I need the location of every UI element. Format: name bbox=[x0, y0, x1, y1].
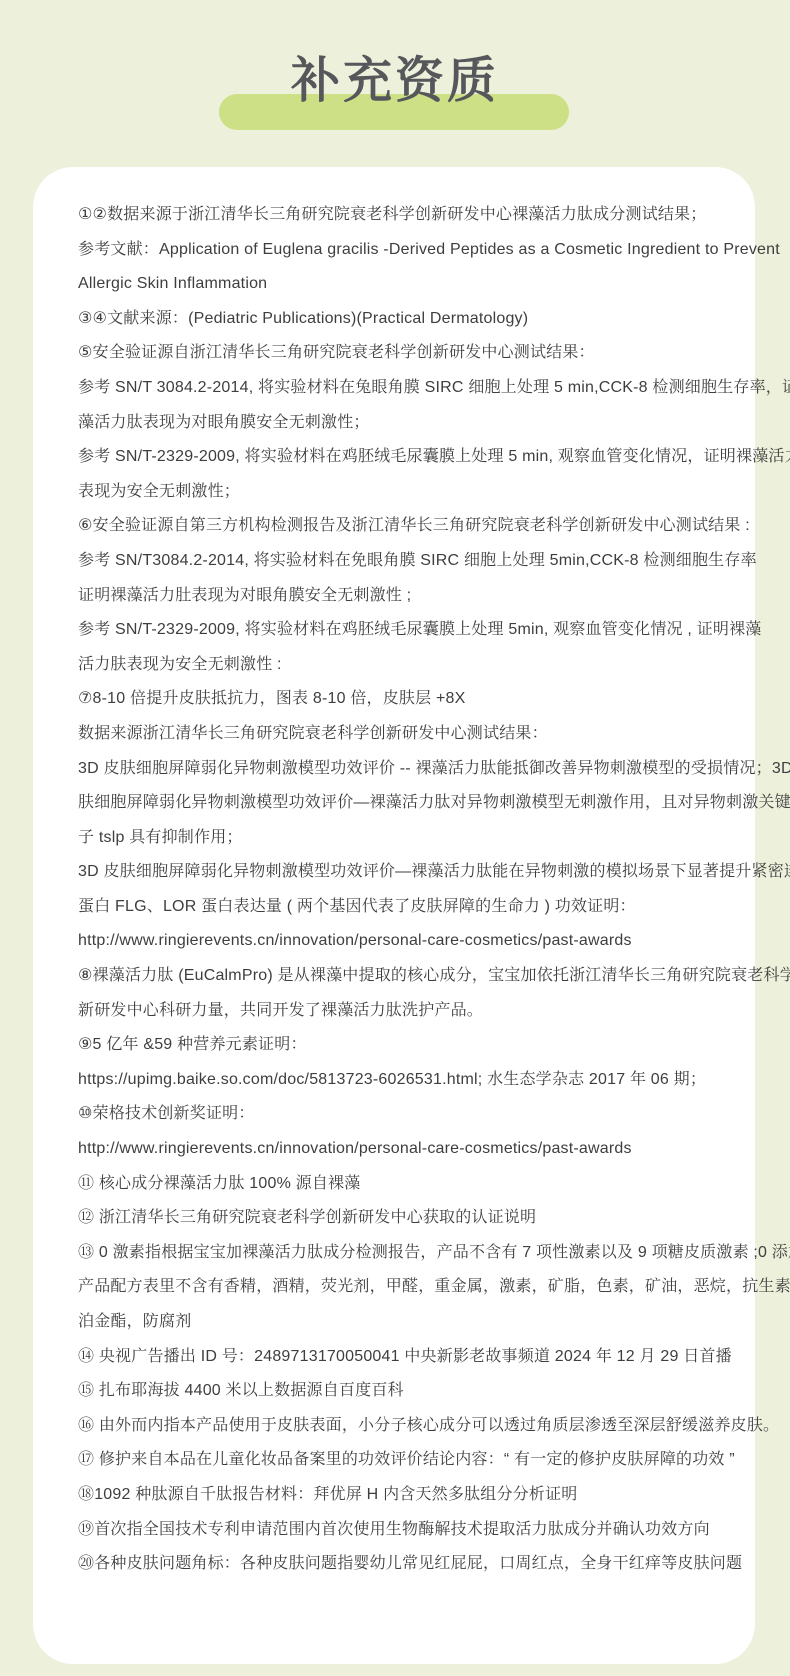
disclaimer-line: 3D 皮肤细胞屏障弱化异物刺激模型功效评价—裸藻活力肽能在异物刺激的模拟场景下显… bbox=[78, 855, 723, 890]
page-header: 补充资质 bbox=[0, 0, 790, 167]
disclaimer-line: 活力肤表现为安全无刺激性 : bbox=[78, 648, 723, 683]
disclaimer-line: ⑤安全验证源自浙江清华长三角研究院衰老科学创新研发中心测试结果： bbox=[78, 336, 723, 371]
disclaimer-line: 参考 SN/T3084.2-2014, 将实验材料在免眼角膜 SIRC 细胞上处… bbox=[78, 544, 723, 579]
disclaimer-line: ⑧裸藻活力肽 (EuCalmPro) 是从裸藻中提取的核心成分，宝宝加依托浙江清… bbox=[78, 959, 723, 994]
disclaimer-line: 表现为安全无刺激性； bbox=[78, 475, 723, 510]
disclaimer-card: ①②数据来源于浙江清华长三角研究院衰老科学创新研发中心裸藻活力肽成分测试结果；参… bbox=[33, 167, 755, 1664]
disclaimer-line: 子 tslp 具有抑制作用； bbox=[78, 821, 723, 856]
disclaimer-line: ⑥安全验证源自第三方机构检测报告及浙江清华长三角研究院衰老科学创新研发中心测试结… bbox=[78, 509, 723, 544]
disclaimer-line: 藻活力肽表现为对眼角膜安全无刺激性； bbox=[78, 406, 723, 441]
disclaimer-line: ⑰ 修护来自本品在儿童化妆品备案里的功效评价结论内容：“ 有一定的修护皮肤屏障的… bbox=[78, 1443, 723, 1478]
disclaimer-line: http://www.ringierevents.cn/innovation/p… bbox=[78, 1132, 723, 1167]
disclaimer-line: ⑲首次指全国技术专利申请范围内首次使用生物酶解技术提取活力肽成分并确认功效方向 bbox=[78, 1513, 723, 1548]
disclaimer-line: ⑨5 亿年 &59 种营养元素证明： bbox=[78, 1028, 723, 1063]
disclaimer-line: ③④文献来源：(Pediatric Publications)(Practica… bbox=[78, 302, 723, 337]
disclaimer-line: ⑭ 央视广告播出 ID 号：2489713170050041 中央新影老故事频道… bbox=[78, 1340, 723, 1375]
disclaimer-line: ⑳各种皮肤问题角标：各种皮肤问题指婴幼儿常见红屁屁，口周红点，全身干红痒等皮肤问… bbox=[78, 1547, 723, 1582]
disclaimer-line: 数据来源浙江清华长三角研究院衰老科学创新研发中心测试结果： bbox=[78, 717, 723, 752]
disclaimer-line: 产品配方表里不含有香精，酒精，荧光剂，甲醛，重金属，激素，矿脂，色素，矿油，恶烷… bbox=[78, 1270, 723, 1305]
disclaimer-lines: ①②数据来源于浙江清华长三角研究院衰老科学创新研发中心裸藻活力肽成分测试结果；参… bbox=[78, 198, 723, 1582]
disclaimer-line: ⑮ 扎布耶海拔 4400 米以上数据源自百度百科 bbox=[78, 1374, 723, 1409]
disclaimer-line: ⑫ 浙江清华长三角研究院衰老科学创新研发中心获取的认证说明 bbox=[78, 1201, 723, 1236]
page-title: 补充资质 bbox=[0, 52, 790, 111]
disclaimer-line: 参考 SN/T-2329-2009, 将实验材料在鸡胚绒毛尿囊膜上处理 5 mi… bbox=[78, 440, 723, 475]
disclaimer-line: 蛋白 FLG、LOR 蛋白表达量 ( 两个基因代表了皮肤屏障的生命力 ) 功效证… bbox=[78, 890, 723, 925]
disclaimer-line: ⑦8-10 倍提升皮肤抵抗力，图表 8-10 倍，皮肤层 +8X bbox=[78, 682, 723, 717]
disclaimer-line: 证明裸藻活力肚表现为对眼角膜安全无刺激性 ; bbox=[78, 579, 723, 614]
disclaimer-line: Allergic Skin Inflammation bbox=[78, 267, 723, 302]
disclaimer-line: http://www.ringierevents.cn/innovation/p… bbox=[78, 924, 723, 959]
disclaimer-line: https://upimg.baike.so.com/doc/5813723-6… bbox=[78, 1063, 723, 1098]
disclaimer-line: ⑩荣格技术创新奖证明： bbox=[78, 1097, 723, 1132]
disclaimer-line: 泊金酯，防腐剂 bbox=[78, 1305, 723, 1340]
disclaimer-line: ①②数据来源于浙江清华长三角研究院衰老科学创新研发中心裸藻活力肽成分测试结果； bbox=[78, 198, 723, 233]
disclaimer-line: 新研发中心科研力量，共同开发了裸藻活力肽洗护产品。 bbox=[78, 994, 723, 1029]
disclaimer-line: 参考 SN/T-2329-2009, 将实验材料在鸡胚绒毛尿囊膜上处理 5min… bbox=[78, 613, 723, 648]
disclaimer-line: ⑯ 由外而内指本产品使用于皮肤表面，小分子核心成分可以透过角质层渗透至深层舒缓滋… bbox=[78, 1409, 723, 1444]
disclaimer-line: 参考文献：Application of Euglena gracilis -De… bbox=[78, 233, 723, 268]
disclaimer-line: 3D 皮肤细胞屏障弱化异物刺激模型功效评价 -- 裸藻活力肽能抵御改善异物刺激模… bbox=[78, 752, 723, 787]
disclaimer-line: ⑬ 0 激素指根据宝宝加裸藻活力肽成分检测报告，产品不含有 7 项性激素以及 9… bbox=[78, 1236, 723, 1271]
disclaimer-line: 肤细胞屏障弱化异物刺激模型功效评价—裸藻活力肽对异物刺激模型无刺激作用，且对异物… bbox=[78, 786, 723, 821]
disclaimer-line: ⑱1092 种肽源自千肽报告材料：拜优屏 H 内含天然多肽组分分析证明 bbox=[78, 1478, 723, 1513]
disclaimer-line: ⑪ 核心成分裸藻活力肽 100% 源自裸藻 bbox=[78, 1167, 723, 1202]
disclaimer-line: 参考 SN/T 3084.2-2014, 将实验材料在兔眼角膜 SIRC 细胞上… bbox=[78, 371, 723, 406]
